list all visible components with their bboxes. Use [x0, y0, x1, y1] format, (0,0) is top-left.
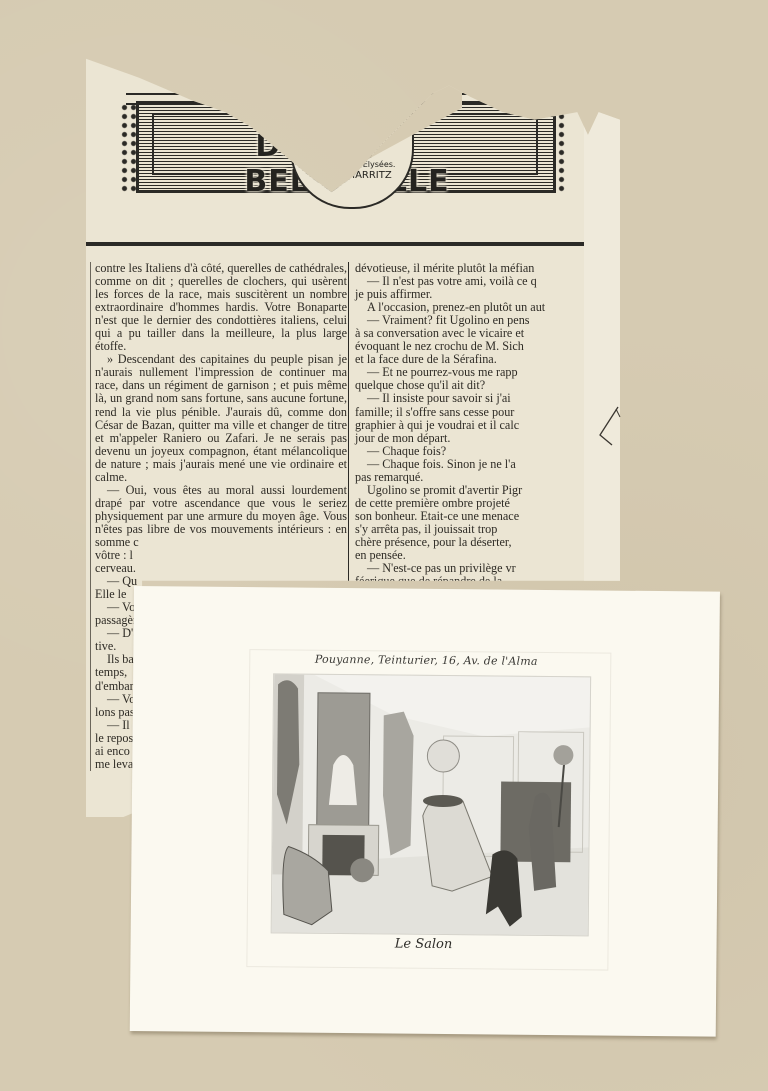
- paragraph: — Oui, vous êtes au moral aussi lourdeme…: [95, 484, 347, 549]
- line: — Chaque fois. Sinon je ne l'a: [355, 458, 591, 471]
- paragraph: contre les Italiens d'à côté, querelles …: [95, 262, 347, 353]
- card-caption-bottom: Le Salon: [131, 934, 717, 955]
- salon-engraving-icon: [272, 674, 590, 935]
- trade-card: Pouyanne, Teinturier, 16, Av. de l'Alma: [130, 586, 720, 1037]
- line: Ugolino se promit d'avertir Pigr: [355, 484, 591, 497]
- line: famille; il s'offre sans cesse pour: [355, 406, 591, 419]
- salon-illustration: [271, 673, 591, 936]
- pencil-mark-icon: [598, 405, 622, 449]
- line: — Il insiste pour savoir si j'ai: [355, 392, 591, 405]
- line: pas remarqué.: [355, 471, 591, 484]
- article-column-right: dévotieuse, il mérite plutôt la méfian —…: [348, 262, 591, 601]
- line: jour de mon départ.: [355, 432, 591, 445]
- card-caption-top: Pouyanne, Teinturier, 16, Av. de l'Alma: [133, 651, 719, 670]
- line: graphier à qui je voudrai et il calc: [355, 419, 591, 432]
- paragraph: » Descendant des capitaines du peuple pi…: [95, 353, 347, 483]
- line: — Chaque fois?: [355, 445, 591, 458]
- line: son bonheur. Etait-ce une menace: [355, 510, 591, 523]
- line: de cette première ombre projeté: [355, 497, 591, 510]
- column-rule: [86, 242, 584, 246]
